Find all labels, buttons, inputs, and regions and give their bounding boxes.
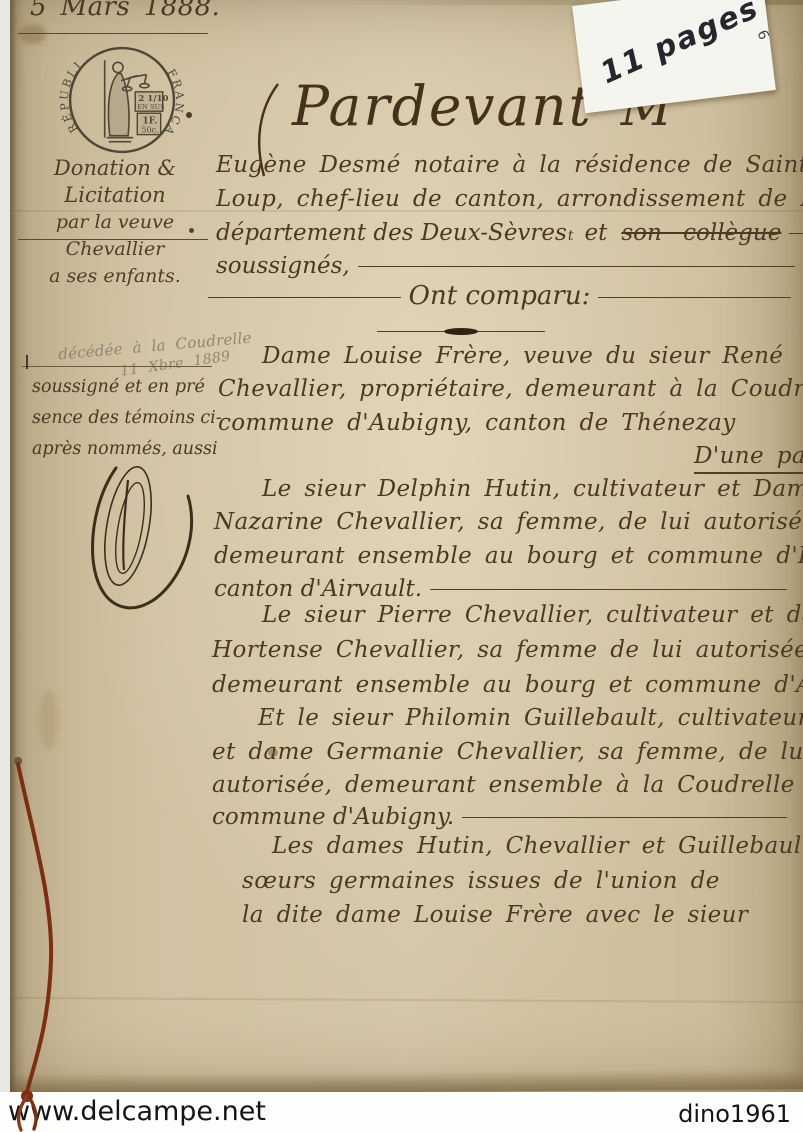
sticker-corner-mark: 6 bbox=[753, 28, 771, 43]
margin-rule bbox=[22, 366, 212, 367]
margin-title-underline bbox=[18, 239, 208, 240]
intro-line-pre: département des Deux-Sèvres bbox=[216, 220, 567, 246]
ruled-fill-line bbox=[430, 589, 787, 590]
separator-line bbox=[377, 331, 444, 332]
document-date: 5 Mars 1888. bbox=[30, 0, 220, 23]
party5-line: sœurs germaines issues de l'union de bbox=[242, 868, 720, 896]
party2-airvault: canton d'Airvault. bbox=[214, 576, 422, 602]
party2-line: Le sieur Delphin Hutin, cultivateur et D… bbox=[262, 476, 803, 504]
binding-string bbox=[0, 740, 80, 1132]
party3-line: Le sieur Pierre Chevallier, cultivateur … bbox=[262, 602, 803, 630]
paraph-flourish bbox=[60, 448, 200, 642]
revenue-stamp: RÉPUBLIQUE FRANÇAISE bbox=[66, 44, 178, 156]
intro-line: Eugène Desmé notaire à la résidence de S… bbox=[216, 152, 803, 180]
svg-text:EN SUS: EN SUS bbox=[137, 103, 165, 111]
margin-title-line: Donation & Licitation bbox=[16, 155, 214, 209]
margin-title-line: a ses enfants. bbox=[16, 263, 214, 290]
separator-line bbox=[478, 331, 545, 332]
stamp-surcharge-plaque: 2 1/10 EN SUS bbox=[135, 92, 168, 111]
party2-line: demeurant ensemble au bourg et commune d… bbox=[214, 543, 803, 571]
insertion-caret: t bbox=[568, 228, 574, 244]
comparu-label: Ont comparu: bbox=[409, 281, 591, 311]
margin-act-title: Donation & Licitation par la veuve Cheva… bbox=[16, 155, 214, 290]
party2-line-end: canton d'Airvault. bbox=[214, 576, 789, 602]
comparu-row: Ont comparu: bbox=[208, 281, 793, 311]
margin-note-line: soussigné et en pré bbox=[32, 372, 222, 403]
lens-shape bbox=[444, 328, 478, 335]
party1-line: Chevallier, propriétaire, demeurant à la… bbox=[218, 376, 803, 404]
party1-line: Dame Louise Frère, veuve du sieur René bbox=[262, 343, 783, 371]
ruled-fill-line bbox=[789, 233, 803, 234]
intro-line-et: et bbox=[584, 220, 607, 246]
watermark-bar: www.delcampe.net dino1961 bbox=[0, 1092, 803, 1132]
date-underline bbox=[18, 33, 208, 34]
struck-words: son collègue bbox=[621, 220, 781, 246]
party3-line: demeurant ensemble au bourg et commune d… bbox=[212, 672, 803, 700]
ruled-fill-line bbox=[598, 297, 791, 298]
lens-separator bbox=[377, 328, 545, 335]
party4-line: et dame Germanie Chevallier, sa femme, d… bbox=[212, 739, 803, 767]
party1-line: commune d'Aubigny, canton de Thénezay bbox=[218, 410, 736, 438]
party2-line: Nazarine Chevallier, sa femme, de lui au… bbox=[214, 509, 803, 537]
heading-pardevant: Pardevant bbox=[292, 74, 593, 138]
svg-text:50c.: 50c. bbox=[141, 125, 158, 135]
intro-soussignes: soussignés, bbox=[216, 253, 350, 279]
intro-line-end: soussignés, bbox=[216, 253, 797, 279]
intro-line-struck: département des Deux-Sèvres t et son col… bbox=[216, 220, 795, 246]
margin-note-line: sence des témoins ci- bbox=[32, 403, 222, 434]
intro-line: Loup, chef-lieu de canton, arrondissemen… bbox=[216, 186, 803, 214]
party4-aubigny: commune d'Aubigny. bbox=[212, 804, 454, 830]
party4-line: Et le sieur Philomin Guillebault, cultiv… bbox=[258, 705, 803, 733]
ruled-fill-line bbox=[462, 817, 787, 818]
party1-side-label: D'une part bbox=[694, 443, 803, 474]
party5-line: la dite dame Louise Frère avec le sieur bbox=[242, 902, 748, 930]
ruled-fill-line bbox=[208, 297, 401, 298]
party5-line: Les dames Hutin, Chevallier et Guillebau… bbox=[272, 833, 803, 861]
party4-line: autorisée, demeurant ensemble à la Coudr… bbox=[212, 772, 795, 800]
scanned-document: 5 Mars 1888. RÉPUBLIQUE FRANÇAISE bbox=[0, 0, 803, 1132]
party3-line: Hortense Chevallier, sa femme de lui aut… bbox=[212, 637, 803, 665]
sticker-text: 11 pages bbox=[595, 0, 764, 91]
watermark-seller: dino1961 bbox=[678, 1100, 791, 1128]
margin-title-line: par la veuve Chevallier bbox=[16, 209, 214, 263]
stamp-value-plaque: 1F. 50c. bbox=[137, 113, 160, 134]
party4-line-end: commune d'Aubigny. bbox=[212, 804, 789, 830]
ruled-fill-line bbox=[358, 266, 795, 267]
